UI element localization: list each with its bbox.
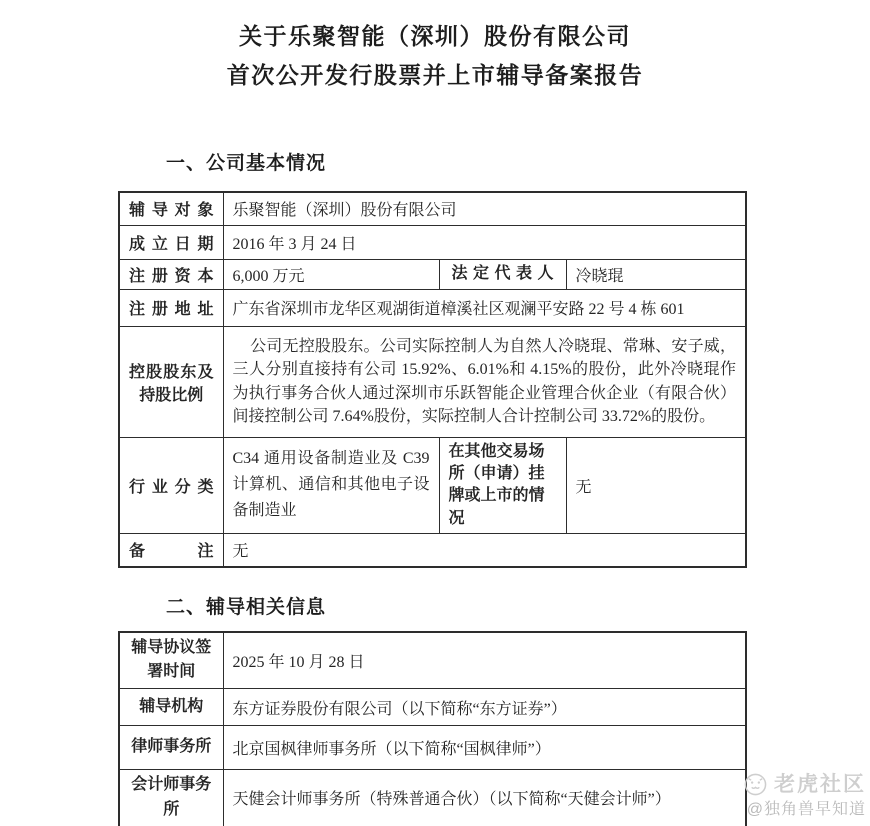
tiger-logo-icon bbox=[744, 773, 767, 796]
row-label-registered-address: 注册地址 bbox=[119, 289, 223, 326]
row-label-counseling-target: 辅导对象 bbox=[119, 192, 223, 225]
counseling-target-value: 乐聚智能（深圳）股份有限公司 bbox=[223, 192, 746, 225]
row-label-law-firm: 律师事务所 bbox=[119, 726, 223, 770]
industry-classification-value: C34 通用设备制造业及 C39 计算机、通信和其他电子设备制造业 bbox=[223, 437, 439, 534]
section-heading-basic-info: 一、公司基本情况 bbox=[166, 148, 870, 175]
table-row: 会计师事务所 天健会计师事务所（特殊普通合伙）（以下简称“天健会计师”） bbox=[119, 770, 746, 826]
table-row: 辅导对象 乐聚智能（深圳）股份有限公司 bbox=[119, 192, 746, 225]
table-row: 辅导机构 东方证券股份有限公司（以下简称“东方证券”） bbox=[119, 689, 746, 726]
table-row: 备注 无 bbox=[119, 534, 746, 567]
row-label-legal-representative: 法定代表人 bbox=[439, 259, 566, 289]
registered-capital-value: 6,000 万元 bbox=[223, 259, 439, 289]
document-title-line2: 首次公开发行股票并上市辅导备案报告 bbox=[0, 56, 870, 95]
table-row: 成立日期 2016 年 3 月 24 日 bbox=[119, 225, 746, 259]
basic-info-table: 辅导对象 乐聚智能（深圳）股份有限公司 成立日期 2016 年 3 月 24 日… bbox=[118, 191, 747, 568]
table-row: 行业分类 C34 通用设备制造业及 C39 计算机、通信和其他电子设备制造业 在… bbox=[119, 437, 746, 534]
guidance-info-table: 辅导协议签署时间 2025 年 10 月 28 日 辅导机构 东方证券股份有限公… bbox=[118, 631, 747, 826]
row-label-accounting-firm: 会计师事务所 bbox=[119, 770, 223, 826]
accounting-firm-value: 天健会计师事务所（特殊普通合伙）（以下简称“天健会计师”） bbox=[223, 770, 746, 826]
remark-value: 无 bbox=[223, 534, 746, 567]
watermark-brand-text: 老虎社区 bbox=[774, 772, 866, 798]
watermark-handle-text: @独角兽早知道 bbox=[744, 800, 866, 820]
table-row: 注册地址 广东省深圳市龙华区观湖街道樟溪社区观澜平安路 22 号 4 栋 601 bbox=[119, 289, 746, 326]
table-row: 控股股东及持股比例 公司无控股股东。公司实际控制人为自然人冷晓琨、常琳、安子威，… bbox=[119, 326, 746, 437]
agreement-signing-date-value: 2025 年 10 月 28 日 bbox=[223, 632, 746, 689]
row-label-agreement-signing-date: 辅导协议签署时间 bbox=[119, 632, 223, 689]
table-row: 辅导协议签署时间 2025 年 10 月 28 日 bbox=[119, 632, 746, 689]
row-label-other-listing-status: 在其他交易场所（申请）挂牌或上市的情况 bbox=[439, 437, 566, 534]
controlling-shareholder-value: 公司无控股股东。公司实际控制人为自然人冷晓琨、常琳、安子威，三人分别直接持有公司… bbox=[223, 326, 746, 437]
row-label-founding-date: 成立日期 bbox=[119, 225, 223, 259]
section-heading-guidance-info: 二、辅导相关信息 bbox=[166, 592, 870, 619]
law-firm-value: 北京国枫律师事务所（以下简称“国枫律师”） bbox=[223, 726, 746, 770]
row-label-controlling-shareholder: 控股股东及持股比例 bbox=[119, 326, 223, 437]
registered-address-value: 广东省深圳市龙华区观湖街道樟溪社区观澜平安路 22 号 4 栋 601 bbox=[223, 289, 746, 326]
watermark: 老虎社区 @独角兽早知道 bbox=[744, 772, 866, 820]
table-row: 注册资本 6,000 万元 法定代表人 冷晓琨 bbox=[119, 259, 746, 289]
table-row: 律师事务所 北京国枫律师事务所（以下简称“国枫律师”） bbox=[119, 726, 746, 770]
other-listing-status-value: 无 bbox=[566, 437, 746, 534]
row-label-industry-classification: 行业分类 bbox=[119, 437, 223, 534]
row-label-remark: 备注 bbox=[119, 534, 223, 567]
row-label-registered-capital: 注册资本 bbox=[119, 259, 223, 289]
row-label-counseling-institution: 辅导机构 bbox=[119, 689, 223, 726]
founding-date-value: 2016 年 3 月 24 日 bbox=[223, 225, 746, 259]
legal-representative-value: 冷晓琨 bbox=[566, 259, 746, 289]
document-title-line1: 关于乐聚智能（深圳）股份有限公司 bbox=[0, 17, 870, 56]
counseling-institution-value: 东方证券股份有限公司（以下简称“东方证券”） bbox=[223, 689, 746, 726]
